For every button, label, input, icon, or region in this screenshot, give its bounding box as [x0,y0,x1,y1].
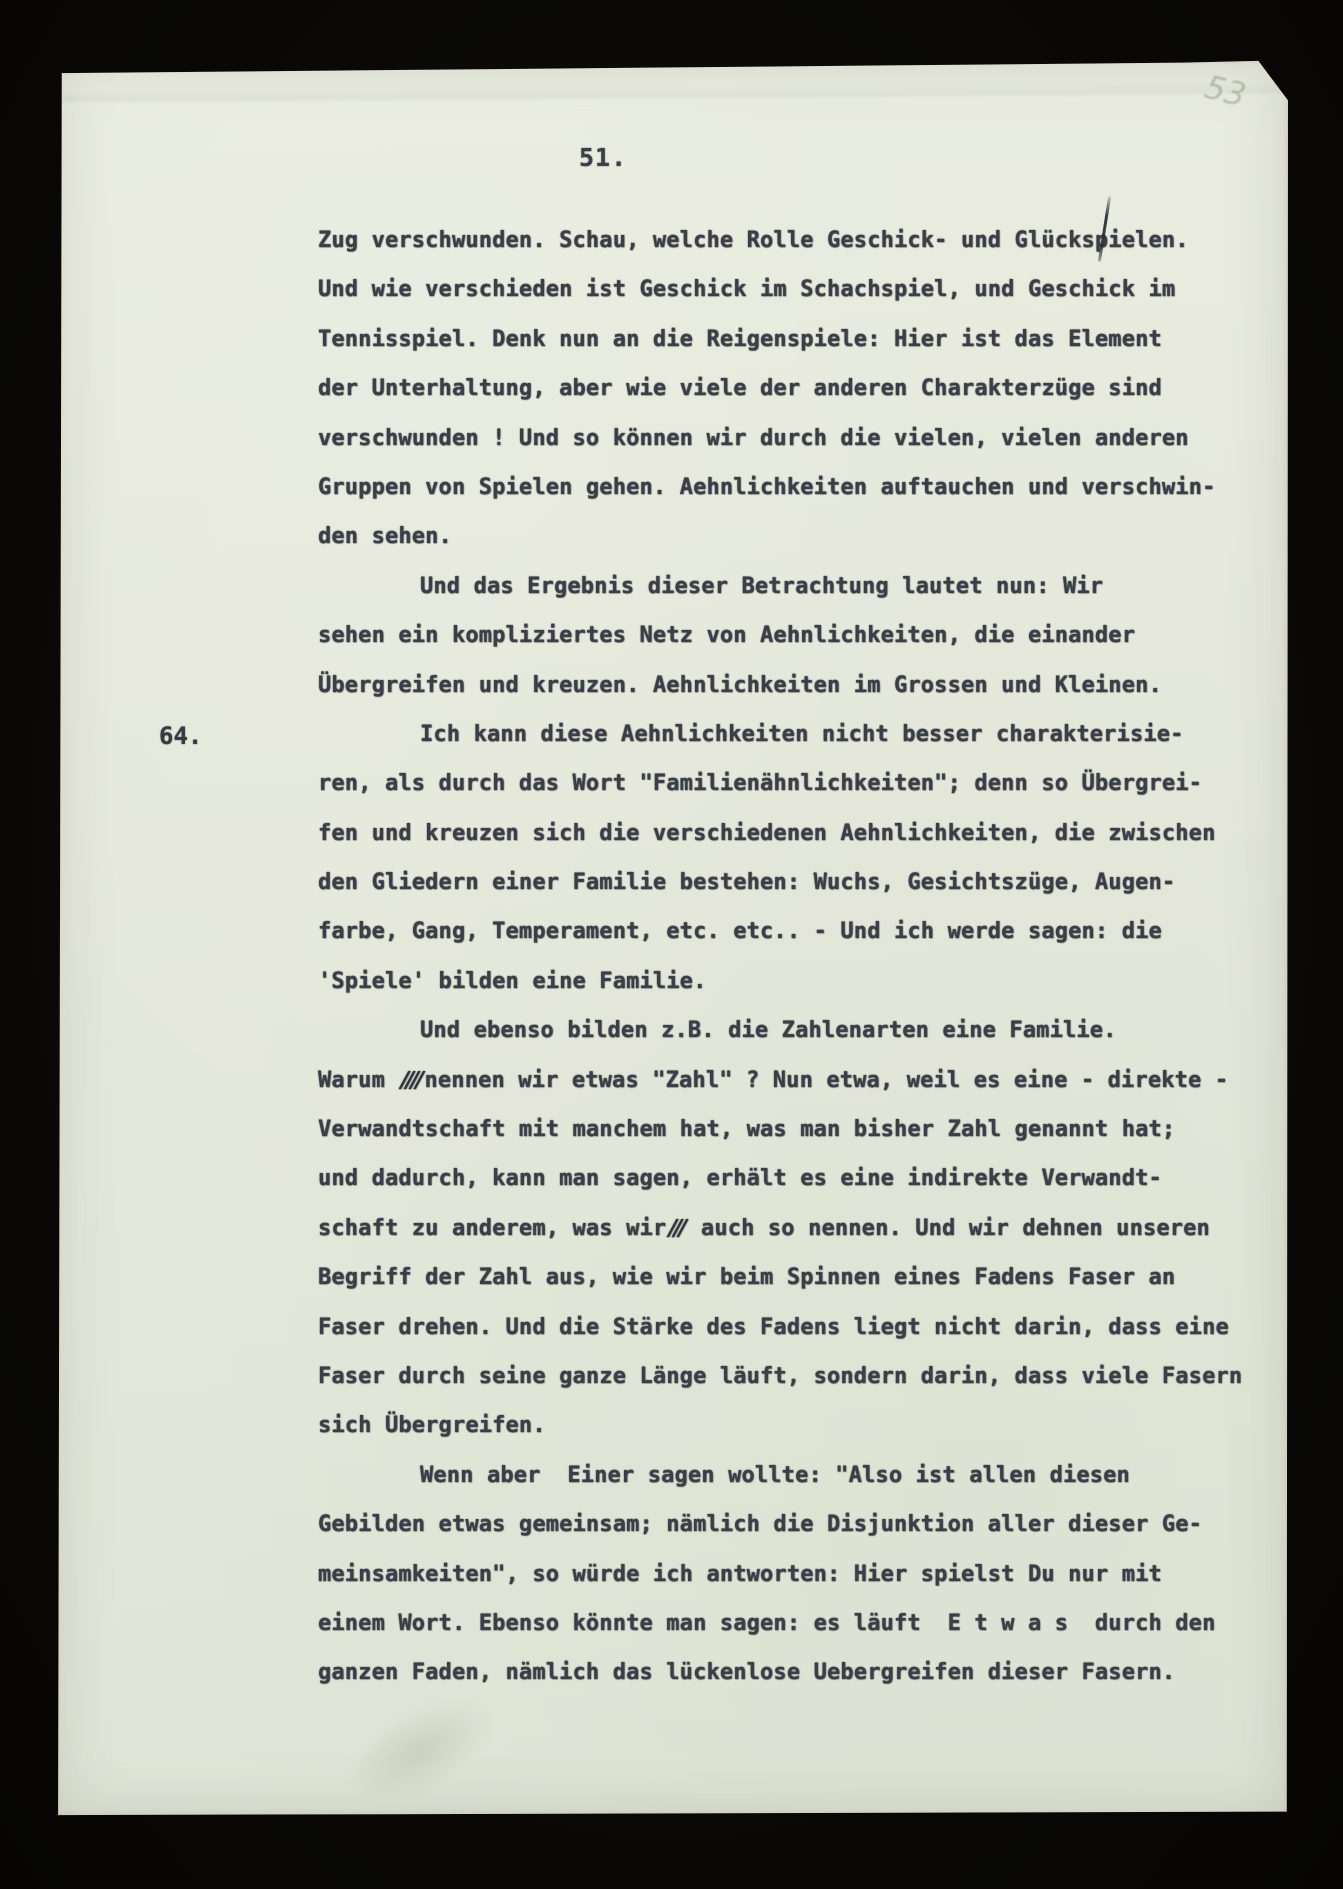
typescript-text: schaft zu anderem, was wir [318,1216,666,1241]
typescript-line: Ich kann diese Aehnlichkeiten nicht bess… [318,710,1278,759]
typescript-line: Verwandtschaft mit manchem hat, was man … [318,1105,1278,1154]
typescript-line: Faser drehen. Und die Stärke des Fadens … [318,1303,1278,1352]
paper-crease [55,82,1288,113]
typescript-text: ganzen Faden, nämlich das lückenlose Ueb… [318,1660,1175,1685]
pencil-smudge [340,1677,510,1818]
typescript-line: Übergreifen und kreuzen. Aehnlichkeiten … [318,661,1278,710]
typescript-text: sich Übergreifen. [318,1413,546,1438]
typescript-text: sehen ein kompliziertes Netz von Aehnlic… [318,623,1135,648]
typescript-text: ren, als durch das Wort "Familienähnlich… [318,771,1202,796]
typescript-text: meinsamkeiten", so würde ich antworten: … [318,1562,1162,1587]
pencil-annotation: 53 [1201,70,1249,113]
typescript-text: Faser drehen. Und die Stärke des Fadens … [318,1315,1229,1340]
typescript-text: einem Wort. Ebenso könnte man sagen: es … [318,1611,1215,1636]
typescript-text-block: Zug verschwunden. Schau, welche Rolle Ge… [318,216,1278,1698]
typescript-line: Und das Ergebnis dieser Betrachtung laut… [318,562,1278,611]
typescript-line: Und ebenso bilden z.B. die Zahlenarten e… [318,1006,1278,1055]
typescript-text: den Gliedern einer Familie bestehen: Wuc… [318,870,1175,895]
typescript-line: ren, als durch das Wort "Familienähnlich… [318,759,1278,808]
typescript-line: 'Spiele' bilden eine Familie. [318,957,1278,1006]
typescript-text: 'Spiele' bilden eine Familie. [318,969,706,994]
typescript-line: den Gliedern einer Familie bestehen: Wuc… [318,858,1278,907]
typescript-line: Wenn aber Einer sagen wollte: "Also ist … [318,1451,1278,1500]
typescript-line: Gruppen von Spielen gehen. Aehnlichkeite… [318,463,1278,512]
typescript-text: Gebilden etwas gemeinsam; nämlich die Di… [318,1512,1202,1537]
typescript-text: Und das Ergebnis dieser Betrachtung laut… [420,574,1103,599]
typescript-text: farbe, Gang, Temperament, etc. etc.. - U… [318,919,1162,944]
typescript-text: Und ebenso bilden z.B. die Zahlenarten e… [420,1018,1117,1043]
page-number: 51. [579,144,627,172]
typescript-text: und dadurch, kann man sagen, erhält es e… [318,1166,1162,1191]
typescript-text: der Unterhaltung, aber wie viele der and… [318,376,1162,401]
typescript-line: fen und kreuzen sich die verschiedenen A… [318,809,1278,858]
typescript-line: schaft zu anderem, was wir/// auch so ne… [318,1204,1278,1253]
typescript-line: der Unterhaltung, aber wie viele der and… [318,364,1278,413]
typescript-text: auch so nennen. Und wir dehnen unseren [688,1216,1210,1241]
typescript-line: Faser durch seine ganze Länge läuft, son… [318,1352,1278,1401]
typescript-text: nennen wir etwas "Zahl" ? Nun etwa, weil… [425,1068,1229,1093]
typescript-text: Gruppen von Spielen gehen. Aehnlichkeite… [318,475,1215,500]
margin-section-number: 64. [159,712,202,761]
typescript-line: einem Wort. Ebenso könnte man sagen: es … [318,1599,1278,1648]
overstruck-text: //// [397,1056,427,1105]
typescript-text: Faser durch seine ganze Länge läuft, son… [318,1364,1242,1389]
typescript-line: Warum ////nennen wir etwas "Zahl" ? Nun … [318,1056,1278,1105]
typescript-line: sehen ein kompliziertes Netz von Aehnlic… [318,611,1278,660]
typescript-text: Zug verschwunden. Schau, welche Rolle Ge… [318,228,1189,253]
typescript-text: Und wie verschieden ist Geschick im Scha… [318,277,1175,302]
typescript-line: Und wie verschieden ist Geschick im Scha… [318,265,1278,314]
typescript-line: Gebilden etwas gemeinsam; nämlich die Di… [318,1500,1278,1549]
photograph-background: 51. 53 64. Zug verschwunden. Schau, welc… [0,0,1343,1889]
typescript-line: und dadurch, kann man sagen, erhält es e… [318,1154,1278,1203]
overstruck-text: /// [665,1204,690,1253]
typescript-line: Zug verschwunden. Schau, welche Rolle Ge… [318,216,1278,265]
typescript-line: Begriff der Zahl aus, wie wir beim Spinn… [318,1253,1278,1302]
typescript-line: meinsamkeiten", so würde ich antworten: … [318,1550,1278,1599]
typescript-text: Warum [318,1068,398,1093]
typescript-line: Tennisspiel. Denk nun an die Reigenspiel… [318,315,1278,364]
typescript-line: verschwunden ! Und so können wir durch d… [318,414,1278,463]
typescript-line: farbe, Gang, Temperament, etc. etc.. - U… [318,907,1278,956]
typescript-line: den sehen. [318,512,1278,561]
typescript-line: sich Übergreifen. [318,1401,1278,1450]
typescript-text: den sehen. [318,524,452,549]
typescript-text: verschwunden ! Und so können wir durch d… [318,426,1189,451]
typescript-text: Übergreifen und kreuzen. Aehnlichkeiten … [318,673,1162,698]
typescript-text: Tennisspiel. Denk nun an die Reigenspiel… [318,327,1162,352]
typescript-text: Begriff der Zahl aus, wie wir beim Spinn… [318,1265,1175,1290]
typescript-text: Ich kann diese Aehnlichkeiten nicht bess… [420,722,1184,747]
typescript-text: Wenn aber Einer sagen wollte: "Also ist … [420,1463,1130,1488]
typescript-text: fen und kreuzen sich die verschiedenen A… [318,821,1215,846]
typescript-text: Verwandtschaft mit manchem hat, was man … [318,1117,1175,1142]
typescript-page: 51. 53 64. Zug verschwunden. Schau, welc… [55,60,1288,1816]
